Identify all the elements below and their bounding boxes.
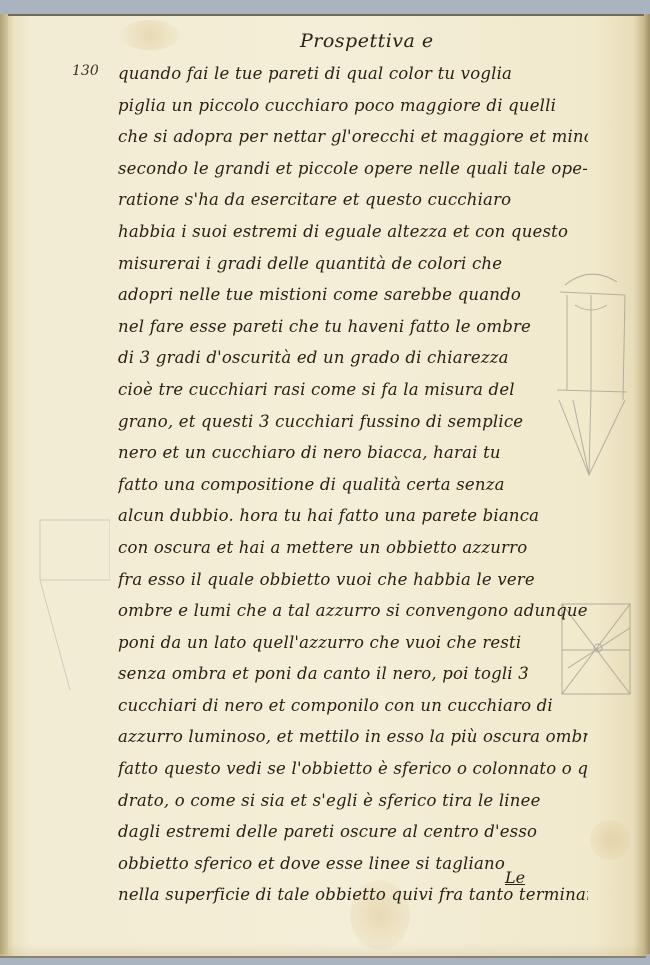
text-line: drato, o come si sia et s'egli è sferico… xyxy=(118,785,588,817)
text-line: secondo le grandi et piccole opere nelle… xyxy=(118,153,588,185)
text-line: habbia i suoi estremi di eguale altezza … xyxy=(118,216,588,248)
paper-stain xyxy=(590,820,630,860)
pencil-sketch-bleedthrough xyxy=(10,500,110,700)
page-heading: Prospettiva e xyxy=(300,30,434,52)
binding-edge xyxy=(0,14,8,954)
paper-stain xyxy=(120,20,180,50)
text-line: ratione s'ha da esercitare et questo cuc… xyxy=(118,184,588,216)
text-line: poni da un lato quell'azzurro che vuoi c… xyxy=(118,627,588,659)
text-line: azzurro luminoso, et mettilo in esso la … xyxy=(118,721,588,753)
text-line: cucchiari di nero et componilo con un cu… xyxy=(118,690,588,722)
text-line: che si adopra per nettar gl'orecchi et m… xyxy=(118,121,588,153)
text-line: con oscura et hai a mettere un obbietto … xyxy=(118,532,588,564)
text-line: ombre e lumi che a tal azzurro si conven… xyxy=(118,595,588,627)
text-line: fatto questo vedi se l'obbietto è sferic… xyxy=(118,753,588,785)
text-line: nero et un cucchiaro di nero biacca, har… xyxy=(118,437,588,469)
text-line: alcun dubbio. hora tu hai fatto una pare… xyxy=(118,500,588,532)
catchword: Le xyxy=(505,868,525,887)
text-line: cioè tre cucchiari rasi come si fa la mi… xyxy=(118,374,588,406)
text-line: dagli estremi delle pareti oscure al cen… xyxy=(118,816,588,848)
text-line: fatto una compositione di qualità certa … xyxy=(118,469,588,501)
manuscript-text: quando fai le tue pareti di qual color t… xyxy=(118,58,588,911)
text-line: fra esso il quale obbietto vuoi che habb… xyxy=(118,564,588,596)
text-line: piglia un piccolo cucchiaro poco maggior… xyxy=(118,90,588,122)
text-line: misurerai i gradi delle quantità de colo… xyxy=(118,248,588,280)
page-edge xyxy=(644,14,650,954)
text-line: grano, et questi 3 cucchiari fussino di … xyxy=(118,406,588,438)
text-line: quando fai le tue pareti di qual color t… xyxy=(118,58,588,90)
text-line: senza ombra et poni da canto il nero, po… xyxy=(118,658,588,690)
text-line: di 3 gradi d'oscurità ed un grado di chi… xyxy=(118,342,588,374)
text-line: nel fare esse pareti che tu haveni fatto… xyxy=(118,311,588,343)
folio-number: 130 xyxy=(72,63,99,79)
text-line: adopri nelle tue mistioni come sarebbe q… xyxy=(118,279,588,311)
